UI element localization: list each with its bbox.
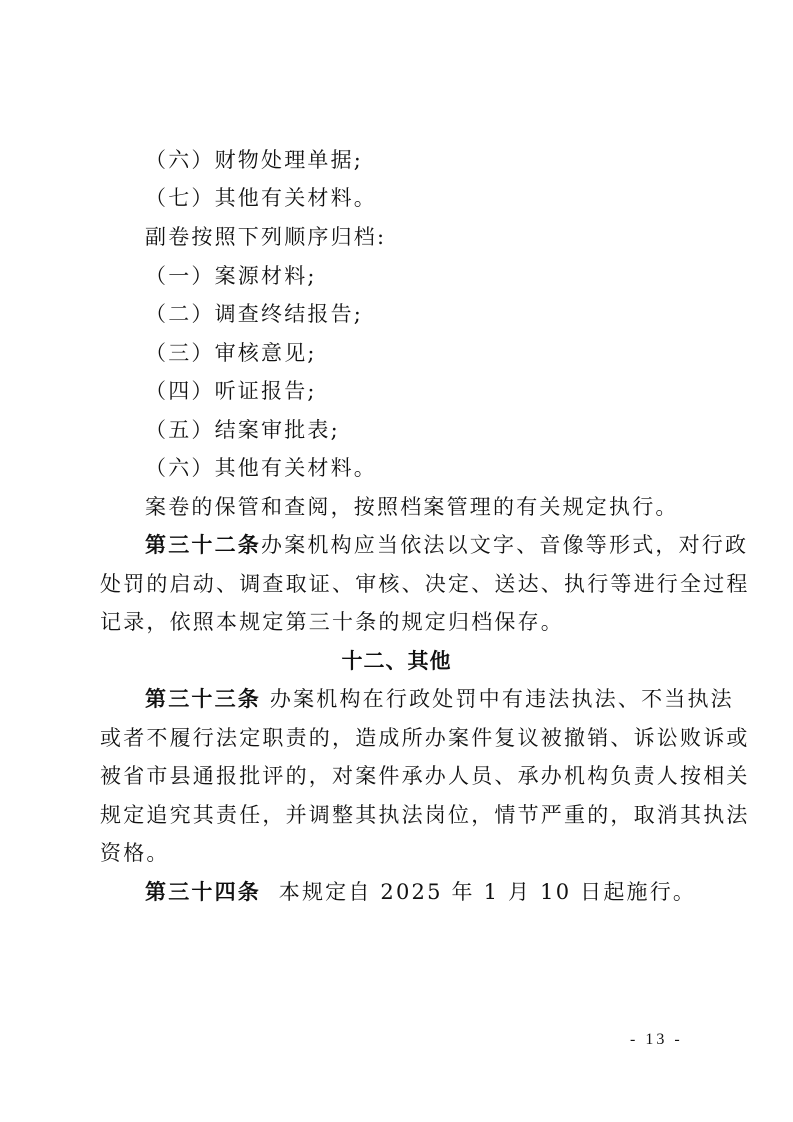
article-34: 第三十四条 本规定自 2025 年 1 月 10 日起施行。 [145, 878, 745, 906]
article-label: 第三十三条 [145, 687, 261, 711]
list-item: （三）审核意见; [145, 339, 745, 367]
list-item: （一）案源材料; [145, 262, 745, 290]
list-item: （四）听证报告; [145, 377, 745, 405]
list-item: （七）其他有关材料。 [145, 184, 745, 212]
article-text: 办案机构应当依法以文字、音像等形式，对行政 [261, 533, 748, 557]
article-text: 记录，依照本规定第三十条的规定归档保存。 [100, 608, 700, 636]
list-item: （六）财物处理单据; [145, 146, 745, 174]
article-text: 规定追究其责任，并调整其执法岗位，情节严重的，取消其执法 [100, 801, 700, 829]
article-text: 办案机构在行政处罚中有违法执法、不当执法 [261, 687, 734, 711]
article-label: 第三十四条 [145, 880, 261, 904]
document-page: （六）财物处理单据; （七）其他有关材料。 副卷按照下列顺序归档: （一）案源材… [0, 0, 793, 1122]
list-item: （二）调查终结报告; [145, 300, 745, 328]
section-heading: 十二、其他 [0, 647, 793, 675]
list-item: （五）结案审批表; [145, 416, 745, 444]
article-32: 第三十二条办案机构应当依法以文字、音像等形式，对行政 [145, 531, 745, 559]
article-33: 第三十三条 办案机构在行政处罚中有违法执法、不当执法 [145, 685, 745, 713]
article-label: 第三十二条 [145, 533, 261, 557]
article-text: 或者不履行法定职责的，造成所办案件复议被撤销、诉讼败诉或 [100, 724, 700, 752]
article-text: 被省市县通报批评的，对案件承办人员、承办机构负责人按相关 [100, 762, 700, 790]
article-text: 资格。 [100, 839, 700, 867]
paragraph: 案卷的保管和查阅，按照档案管理的有关规定执行。 [145, 493, 745, 521]
page-number: - 13 - [630, 1031, 683, 1049]
list-item: （六）其他有关材料。 [145, 454, 745, 482]
article-text: 处罚的启动、调查取证、审核、决定、送达、执行等进行全过程 [100, 570, 700, 598]
article-text: 本规定自 2025 年 1 月 10 日起施行。 [261, 880, 696, 904]
paragraph: 副卷按照下列顺序归档: [145, 223, 745, 251]
